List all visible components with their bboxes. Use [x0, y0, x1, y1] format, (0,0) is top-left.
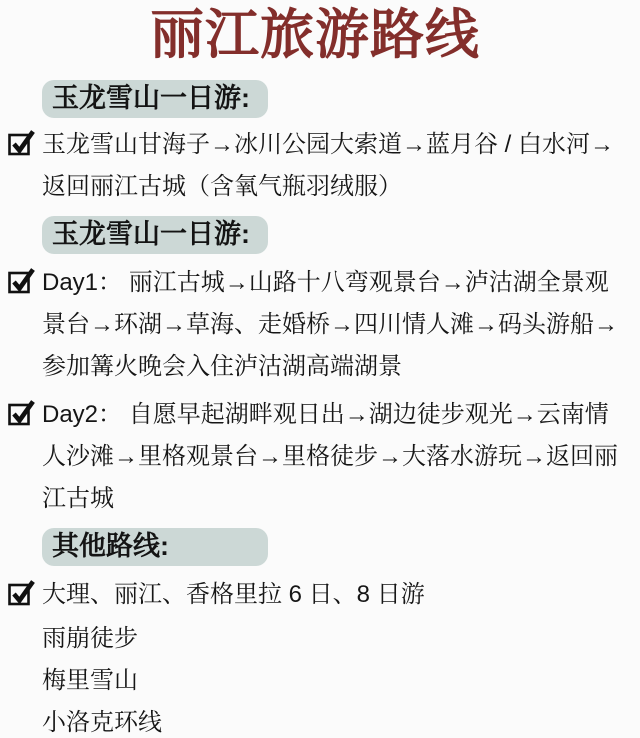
route-item: 小洛克环线	[8, 702, 622, 738]
section-other-routes: 其他路线: 大理、丽江、香格里拉 6 日、8 日游 雨崩徒步 梅里雪山 小洛克环…	[8, 522, 622, 738]
route-item: 雨崩徒步	[8, 618, 622, 660]
route-item: 玉龙雪山甘海子→冰川公园大索道→蓝月谷 / 白水河→返回丽江古城（含氧气瓶羽绒服…	[8, 124, 622, 208]
route-item: 大理、丽江、香格里拉 6 日、8 日游	[8, 574, 622, 616]
checkbox-checked-icon[interactable]	[8, 262, 42, 304]
route-item-text: 玉龙雪山甘海子→冰川公园大索道→蓝月谷 / 白水河→返回丽江古城（含氧气瓶羽绒服…	[42, 131, 614, 200]
route-item-text: 大理、丽江、香格里拉 6 日、8 日游	[42, 581, 425, 608]
route-item-text: Day1： 丽江古城→山路十八弯观景台→泸沽湖全景观景台→环湖→草海、走婚桥→四…	[42, 269, 618, 380]
route-item-day2: Day2： 自愿早起湖畔观日出→湖边徒步观光→云南情人沙滩→里格观景台→里格徒步…	[8, 394, 622, 520]
itinerary-page: 丽江旅游路线 玉龙雪山一日游: 玉龙雪山甘海子→冰川公园大索道→蓝月谷 / 白水…	[0, 0, 640, 738]
page-title: 丽江旅游路线	[8, 4, 622, 66]
route-item-day1: Day1： 丽江古城→山路十八弯观景台→泸沽湖全景观景台→环湖→草海、走婚桥→四…	[8, 262, 622, 388]
route-item-text: 雨崩徒步	[42, 625, 138, 652]
section-yulong-1: 玉龙雪山一日游: 玉龙雪山甘海子→冰川公园大索道→蓝月谷 / 白水河→返回丽江古…	[8, 74, 622, 208]
section-header: 玉龙雪山一日游:	[42, 80, 268, 118]
checkbox-checked-icon[interactable]	[8, 574, 42, 616]
checkbox-checked-icon[interactable]	[8, 124, 42, 166]
section-header: 其他路线:	[42, 528, 268, 566]
route-item-text: 小洛克环线	[42, 709, 162, 736]
route-item: 梅里雪山	[8, 660, 622, 702]
route-item-text: Day2： 自愿早起湖畔观日出→湖边徒步观光→云南情人沙滩→里格观景台→里格徒步…	[42, 401, 618, 512]
section-yulong-2: 玉龙雪山一日游: Day1： 丽江古城→山路十八弯观景台→泸沽湖全景观景台→环湖…	[8, 210, 622, 520]
checkbox-checked-icon[interactable]	[8, 394, 42, 436]
section-header: 玉龙雪山一日游:	[42, 216, 268, 254]
route-item-text: 梅里雪山	[42, 667, 138, 694]
